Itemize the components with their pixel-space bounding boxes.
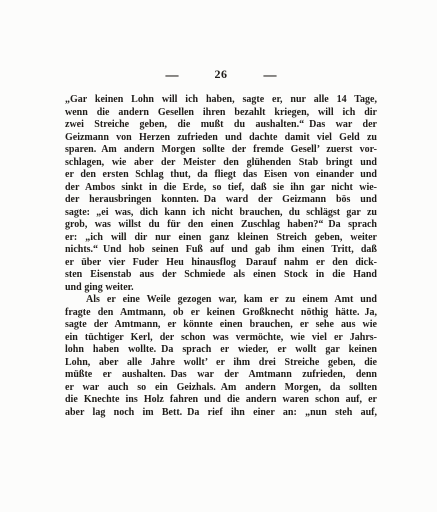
text-line: sparen. Am andern Morgen sollte der frem… [65, 144, 377, 157]
text-line: Als er eine Weile gezogen war, kam er zu… [65, 294, 377, 307]
page-number: 26 [215, 68, 228, 81]
text-line: Geizmann von Herzen zufrieden und dachte… [65, 132, 377, 145]
text-line: zwei Streiche geben, die mußt du aushalt… [65, 119, 377, 132]
text-line: er den ersten Schlag thut, da fliegt das… [65, 169, 377, 182]
text-line: „Gar keinen Lohn will ich haben, sagte e… [65, 94, 377, 107]
page-header: — 26 — [65, 66, 377, 82]
text-line: schlagen, wie aber der Meister den glühe… [65, 157, 377, 170]
text-line: sagte der Amtmann, er könnte einen brauc… [65, 319, 377, 332]
text-line: Lohn, aber alle Jahre wollt’ er ihm drei… [65, 357, 377, 370]
book-page: — 26 — „Gar keinen Lohn will ich haben, … [0, 0, 437, 512]
text-line: nichts.“ Und hob seinen Fuß auf und gab … [65, 244, 377, 257]
text-line: er: „ich will dir nur einen ganz kleinen… [65, 232, 377, 245]
text-line: die Knechte ins Holz fahren und die ande… [65, 394, 377, 407]
text-line: ein tüchtiger Kerl, der schon was vermöc… [65, 332, 377, 345]
text-line: lohn haben wollte. Da sprach er wieder, … [65, 344, 377, 357]
header-dash-right: — [264, 67, 277, 82]
text-block: „Gar keinen Lohn will ich haben, sagte e… [65, 94, 377, 419]
text-line: er über vier Fuder Heu hinausflog Darauf… [65, 257, 377, 270]
header-dash-left: — [166, 67, 179, 82]
text-line: fragte den Amtmann, ob er keinen Großkne… [65, 307, 377, 320]
text-line: der Ambos sinkt in die Erde, so tief, da… [65, 182, 377, 195]
text-line: der herausbringen konnten. Da ward der G… [65, 194, 377, 207]
text-line: sagte: „ei was, dich kann ich nicht brau… [65, 207, 377, 220]
text-line: grob, was willst du für den einen Zuschl… [65, 219, 377, 232]
text-line: er war auch so ein Geizhals. Am andern M… [65, 382, 377, 395]
text-line: sten Eisenstab aus der Schmiede als eine… [65, 269, 377, 282]
text-line: müßte er aushalten. Das war der Amtmann … [65, 369, 377, 382]
text-line: aber lag noch im Bett. Da rief ihn einer… [65, 407, 377, 420]
text-line: und ging weiter. [65, 282, 377, 295]
text-line: wenn die andern Gesellen ihren bezahlt k… [65, 107, 377, 120]
